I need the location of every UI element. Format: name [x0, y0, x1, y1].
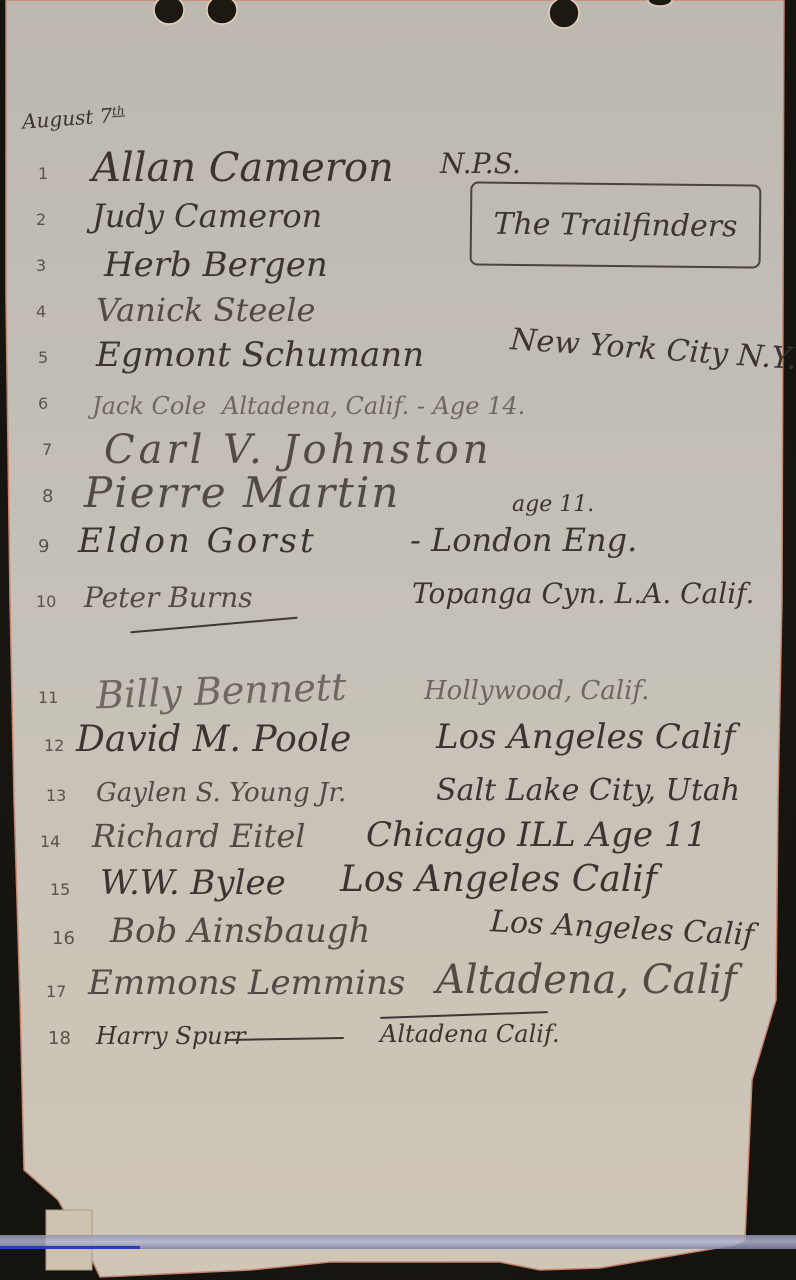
entry-name: Herb Bergen	[104, 248, 328, 282]
entry-detail: - London Eng.	[410, 524, 637, 556]
entry-name: Harry Spurr	[96, 1024, 246, 1048]
entry-name: Richard Eitel	[92, 820, 306, 852]
entry-number: 2	[36, 212, 46, 228]
entry-name: Egmont Schumann	[96, 338, 424, 372]
entry-number: 6	[38, 396, 48, 412]
group-name-box: The Trailfinders	[470, 181, 762, 268]
entry-detail: age 11.	[512, 494, 594, 516]
entry-number: 8	[42, 488, 53, 506]
entry-number: 17	[46, 984, 66, 1000]
entry-number: 11	[38, 690, 58, 706]
entry-detail: Hollywood, Calif.	[424, 678, 649, 704]
entry-name: Peter Burns	[84, 584, 253, 612]
entry-name: Judy Cameron	[92, 200, 322, 232]
entry-name: Billy Bennett	[95, 668, 347, 715]
entry-name: Emmons Lemmins	[88, 966, 405, 1000]
entry-name: Jack Cole	[92, 394, 206, 418]
tape-edge	[0, 1246, 140, 1249]
group-name: The Trailfinders	[493, 206, 737, 244]
entry-detail: Salt Lake City, Utah	[436, 776, 740, 806]
entry-name: Eldon Gorst	[78, 524, 317, 558]
entry-number: 4	[36, 304, 46, 320]
entry-number: 7	[42, 442, 52, 458]
entry-name: Pierre Martin	[84, 472, 400, 514]
entry-detail: N.P.S.	[440, 150, 521, 178]
entry-name: Allan Cameron	[92, 148, 394, 188]
entry-detail: Altadena, Calif	[436, 960, 737, 1000]
entry-name: W.W. Bylee	[100, 866, 286, 900]
entry-name: Vanick Steele	[96, 294, 315, 326]
entry-name: Bob Ainsbaugh	[110, 914, 370, 948]
entry-detail: Los Angeles Calif	[340, 862, 657, 898]
entry-name: Carl V. Johnston	[104, 430, 493, 470]
entry-number: 10	[36, 594, 56, 610]
entry-number: 1	[38, 166, 48, 182]
entry-number: 13	[46, 788, 66, 804]
entry-number: 14	[40, 834, 60, 850]
entry-detail: Topanga Cyn. L.A. Calif.	[412, 580, 754, 608]
entry-number: 15	[50, 882, 70, 898]
entry-name: David M. Poole	[76, 722, 351, 758]
entry-detail: Los Angeles Calif	[436, 720, 736, 754]
paper-sheet: August 7th The Trailfinders 1 Allan Came…	[0, 0, 796, 1280]
entry-number: 3	[36, 258, 46, 274]
entry-name: Gaylen S. Young Jr.	[96, 780, 346, 806]
entry-number: 18	[48, 1030, 71, 1048]
entry-detail: Chicago ILL Age 11	[366, 818, 707, 852]
entry-number: 5	[38, 350, 48, 366]
entry-number: 12	[44, 738, 64, 754]
entry-number: 9	[38, 538, 49, 556]
entry-number: 16	[52, 930, 75, 948]
entry-detail: Altadena, Calif. - Age 14.	[222, 394, 525, 418]
entry-detail: Altadena Calif.	[380, 1022, 560, 1046]
